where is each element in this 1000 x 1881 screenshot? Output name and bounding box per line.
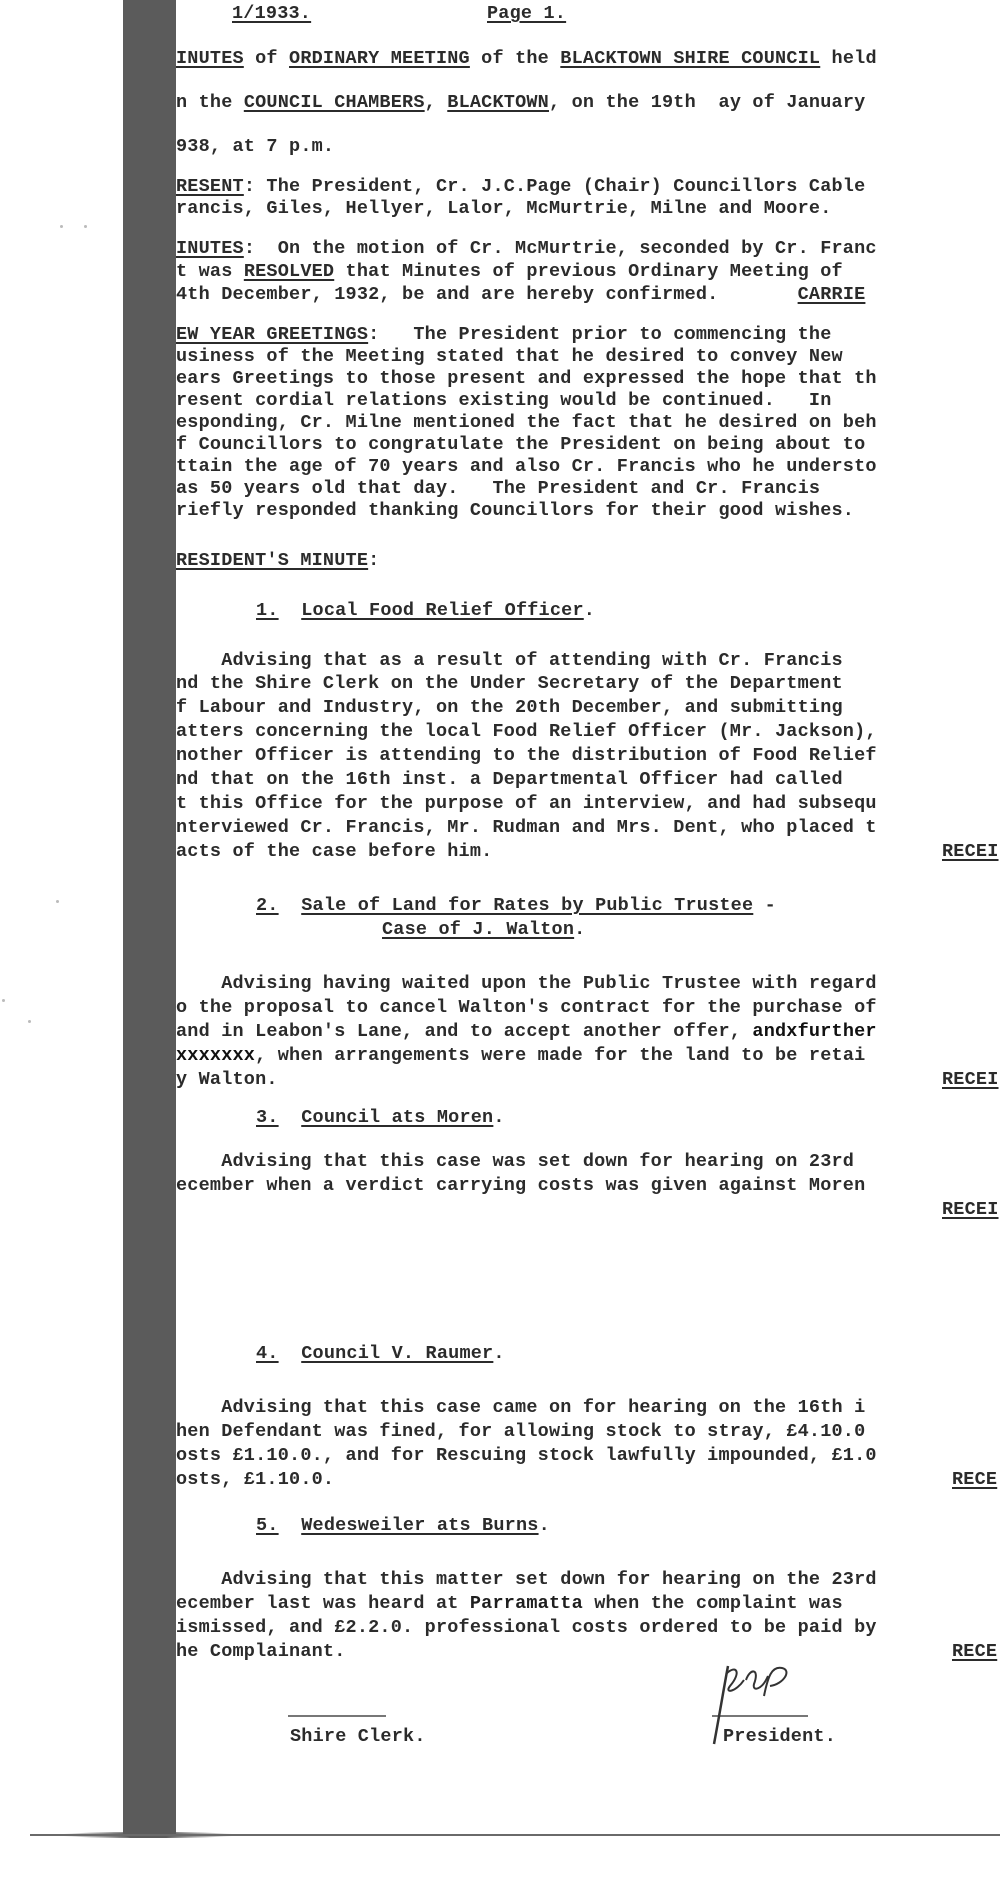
minutes-label: INUTES	[176, 238, 244, 259]
item-2-line: and in Leabon's Lane, and to accept anot…	[176, 1021, 877, 1043]
page-bottom-edge	[30, 1834, 1000, 1836]
document-page: 1/1933. Page 1. INUTES of ORDINARY MEETI…	[176, 0, 1000, 1834]
item-5-line: ismissed, and £2.2.0. professional costs…	[176, 1617, 877, 1639]
minutes-line-3: 4th December, 1932, be and are hereby co…	[176, 284, 865, 306]
shire-clerk-label: Shire Clerk.	[290, 1726, 426, 1748]
shire-clerk-signature-line	[288, 1715, 386, 1717]
minutes-line-1: INUTES: On the motion of Cr. McMurtrie, …	[176, 238, 877, 260]
item-2-status: RECEI	[942, 1069, 999, 1091]
item-2-line: Advising having waited upon the Public T…	[176, 973, 877, 995]
place-name: Parramatta	[470, 1593, 583, 1614]
item-1-heading: 1. Local Food Relief Officer.	[256, 600, 595, 622]
item-4-line: osts, £1.10.0.	[176, 1469, 334, 1491]
resolved-keyword: RESOLVED	[244, 261, 334, 282]
item-3-line: ecember when a verdict carrying costs wa…	[176, 1175, 865, 1197]
item-4-line: osts £1.10.0., and for Rescuing stock la…	[176, 1445, 877, 1467]
item-2-line: o the proposal to cancel Walton's contra…	[176, 997, 877, 1019]
item-5-line: Advising that this matter set down for h…	[176, 1569, 877, 1591]
greetings-line: as 50 years old that day. The President …	[176, 478, 820, 500]
item-4-heading: 4. Council V. Raumer.	[256, 1343, 505, 1365]
item-1-line: atters concerning the local Food Relief …	[176, 721, 877, 743]
greetings-line: esponding, Cr. Milne mentioned the fact …	[176, 412, 877, 434]
speck	[60, 225, 63, 228]
item-2-line: xxxxxxx, when arrangements were made for…	[176, 1045, 865, 1067]
greetings-line: riefly responded thanking Councillors fo…	[176, 500, 854, 522]
item-4-line: Advising that this case came on for hear…	[176, 1397, 865, 1419]
greetings-label: EW YEAR GREETINGS	[176, 324, 368, 345]
intro-line-1: INUTES of ORDINARY MEETING of the BLACKT…	[176, 48, 877, 70]
greetings-line: usiness of the Meeting stated that he de…	[176, 346, 843, 368]
document-reference: 1/1933.	[232, 3, 311, 25]
present-line-2: rancis, Giles, Hellyer, Lalor, McMurtrie…	[176, 198, 832, 220]
item-1-status: RECEI	[942, 841, 999, 863]
item-3-heading: 3. Council ats Moren.	[256, 1107, 505, 1129]
presidents-minute-heading: RESIDENT'S MINUTE:	[176, 550, 379, 572]
item-1-line: f Labour and Industry, on the 20th Decem…	[176, 697, 843, 719]
intro-line-2: n the COUNCIL CHAMBERS, BLACKTOWN, on th…	[176, 92, 865, 114]
item-1-line: acts of the case before him.	[176, 841, 492, 863]
present-label: RESENT	[176, 176, 244, 197]
speck	[56, 900, 59, 903]
president-label: President.	[723, 1726, 836, 1748]
struck-out-text: xxxxxxx	[176, 1045, 255, 1066]
item-1-line: nother Officer is attending to the distr…	[176, 745, 877, 767]
page-number: Page 1.	[487, 3, 566, 25]
item-3-status: RECEI	[942, 1199, 999, 1221]
carried-status: CARRIE	[798, 284, 866, 305]
speck	[84, 225, 87, 228]
speck	[2, 999, 5, 1002]
item-2-heading: 2. Sale of Land for Rates by Public Trus…	[256, 895, 776, 917]
item-5-line: ecember last was heard at Parramatta whe…	[176, 1593, 843, 1615]
greetings-line: ttain the age of 70 years and also Cr. F…	[176, 456, 877, 478]
item-1-line: t this Office for the purpose of an inte…	[176, 793, 877, 815]
minutes-line-2: t was RESOLVED that Minutes of previous …	[176, 261, 843, 283]
item-1-line: nterviewed Cr. Francis, Mr. Rudman and M…	[176, 817, 877, 839]
greetings-line: ears Greetings to those present and expr…	[176, 368, 877, 390]
struck-out-text: andxfurther	[752, 1021, 876, 1042]
item-5-status: RECE	[952, 1641, 997, 1663]
item-4-line: hen Defendant was fined, for allowing st…	[176, 1421, 865, 1443]
item-2-line: y Walton.	[176, 1069, 278, 1091]
speck	[28, 1020, 31, 1023]
item-1-line: nd the Shire Clerk on the Under Secretar…	[176, 673, 843, 695]
item-1-line: nd that on the 16th inst. a Departmental…	[176, 769, 843, 791]
binding-strip	[123, 0, 176, 1835]
greetings-line: f Councillors to congratulate the Presid…	[176, 434, 865, 456]
item-5-heading: 5. Wedesweiler ats Burns.	[256, 1515, 550, 1537]
present-line-1: RESENT: The President, Cr. J.C.Page (Cha…	[176, 176, 865, 198]
greetings-line: resent cordial relations existing would …	[176, 390, 832, 412]
item-2-heading-line-2: Case of J. Walton.	[382, 919, 585, 941]
greetings-line-0: EW YEAR GREETINGS: The President prior t…	[176, 324, 832, 346]
item-1-line: Advising that as a result of attending w…	[176, 650, 843, 672]
item-4-status: RECE	[952, 1469, 997, 1491]
item-5-line: he Complainant.	[176, 1641, 346, 1663]
item-3-line: Advising that this case was set down for…	[176, 1151, 854, 1173]
intro-line-3: 938, at 7 p.m.	[176, 136, 334, 158]
